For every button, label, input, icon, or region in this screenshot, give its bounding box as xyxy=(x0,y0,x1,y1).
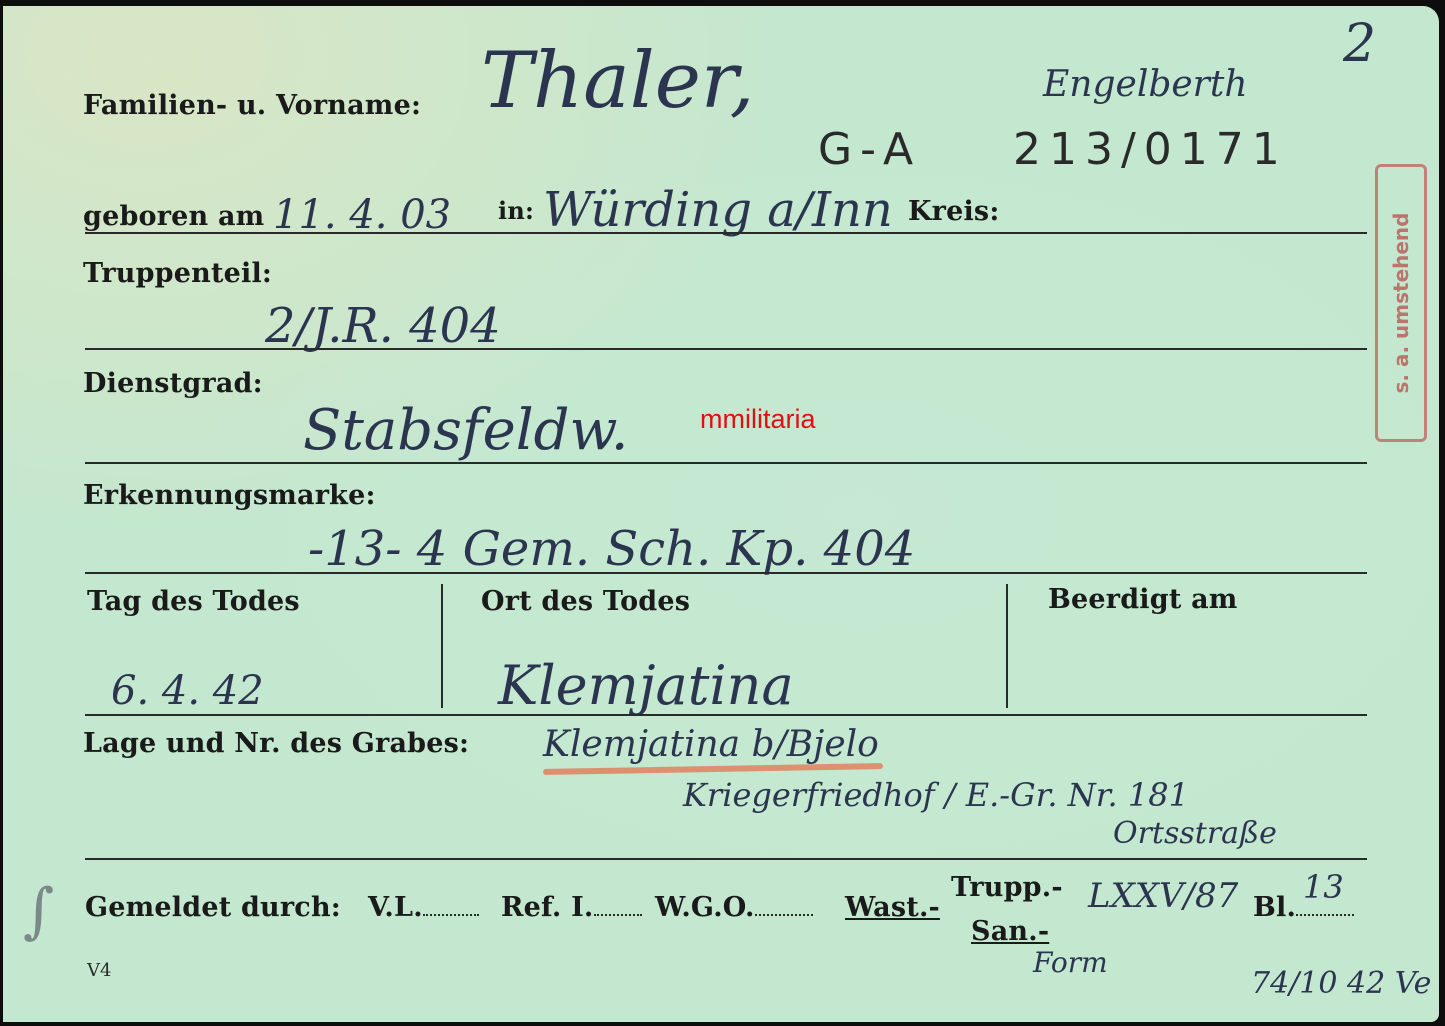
reported-by-label: Gemeldet durch: xyxy=(85,892,341,923)
reference-prefix: G-A xyxy=(818,124,921,175)
bottom-note: 74/10 42 Ve xyxy=(1251,966,1431,1001)
table-divider-1 xyxy=(441,584,443,708)
id-tag-label: Erkennungsmarke: xyxy=(83,480,376,511)
form-code: V4 xyxy=(87,960,111,981)
district-label: Kreis: xyxy=(908,196,1000,227)
reported-wast: Wast.- xyxy=(845,892,940,923)
reported-vl: V.L. xyxy=(368,892,479,923)
death-date-label: Tag des Todes xyxy=(87,586,300,617)
grave-line-1: Klemjatina b/Bjelo xyxy=(543,724,879,765)
rule-death-table xyxy=(85,714,1367,716)
corner-number: 2 xyxy=(1343,14,1376,74)
birth-place-value: Würding a/Inn xyxy=(543,182,893,238)
rule-unit xyxy=(85,348,1367,350)
watermark: mmilitaria xyxy=(700,404,816,435)
reported-trupp: Trupp.- xyxy=(951,872,1063,903)
grave-line-3: Ortsstraße xyxy=(1113,816,1277,851)
death-date-value: 6. 4. 42 xyxy=(111,668,264,714)
reported-wgo: W.G.O. xyxy=(655,892,813,923)
birth-date-label: geboren am xyxy=(83,201,264,232)
grave-label: Lage und Nr. des Grabes: xyxy=(83,728,469,759)
pencil-mark-icon: ∫ xyxy=(23,876,54,946)
trupp-value: LXXV/87 xyxy=(1088,876,1238,916)
rule-id-tag xyxy=(85,572,1367,574)
table-divider-2 xyxy=(1006,584,1008,708)
first-name-value: Engelberth xyxy=(1043,64,1248,105)
death-place-label: Ort des Todes xyxy=(481,586,690,617)
reported-ref: Ref. I. xyxy=(501,892,642,923)
death-record-card: 2 Familien- u. Vorname: Thaler, Engelber… xyxy=(3,6,1439,1022)
red-side-stamp: s. a. umstehend xyxy=(1375,164,1427,442)
bl-value: 13 xyxy=(1303,868,1344,906)
rule-birth xyxy=(85,232,1367,234)
birth-place-label: in: xyxy=(498,196,534,225)
rule-grave xyxy=(85,858,1367,860)
unit-value: 2/J.R. 404 xyxy=(265,298,501,354)
surname-value: Thaler, xyxy=(481,36,754,126)
rule-rank xyxy=(85,462,1367,464)
reference-number: 213/0171 xyxy=(1013,124,1288,175)
rank-value: Stabsfeldw. xyxy=(303,398,629,463)
san-value: Form xyxy=(1033,946,1108,979)
id-tag-value: -13- 4 Gem. Sch. Kp. 404 xyxy=(308,521,915,577)
rank-label: Dienstgrad: xyxy=(83,368,263,399)
reported-san: San.- xyxy=(971,916,1049,947)
unit-label: Truppenteil: xyxy=(83,258,272,289)
red-side-stamp-text: s. a. umstehend xyxy=(1389,213,1413,394)
death-place-value: Klemjatina xyxy=(498,654,794,717)
name-label: Familien- u. Vorname: xyxy=(83,90,421,121)
burial-date-label: Beerdigt am xyxy=(1048,584,1238,615)
grave-line-2: Kriegerfriedhof / E.-Gr. Nr. 181 xyxy=(683,776,1189,814)
